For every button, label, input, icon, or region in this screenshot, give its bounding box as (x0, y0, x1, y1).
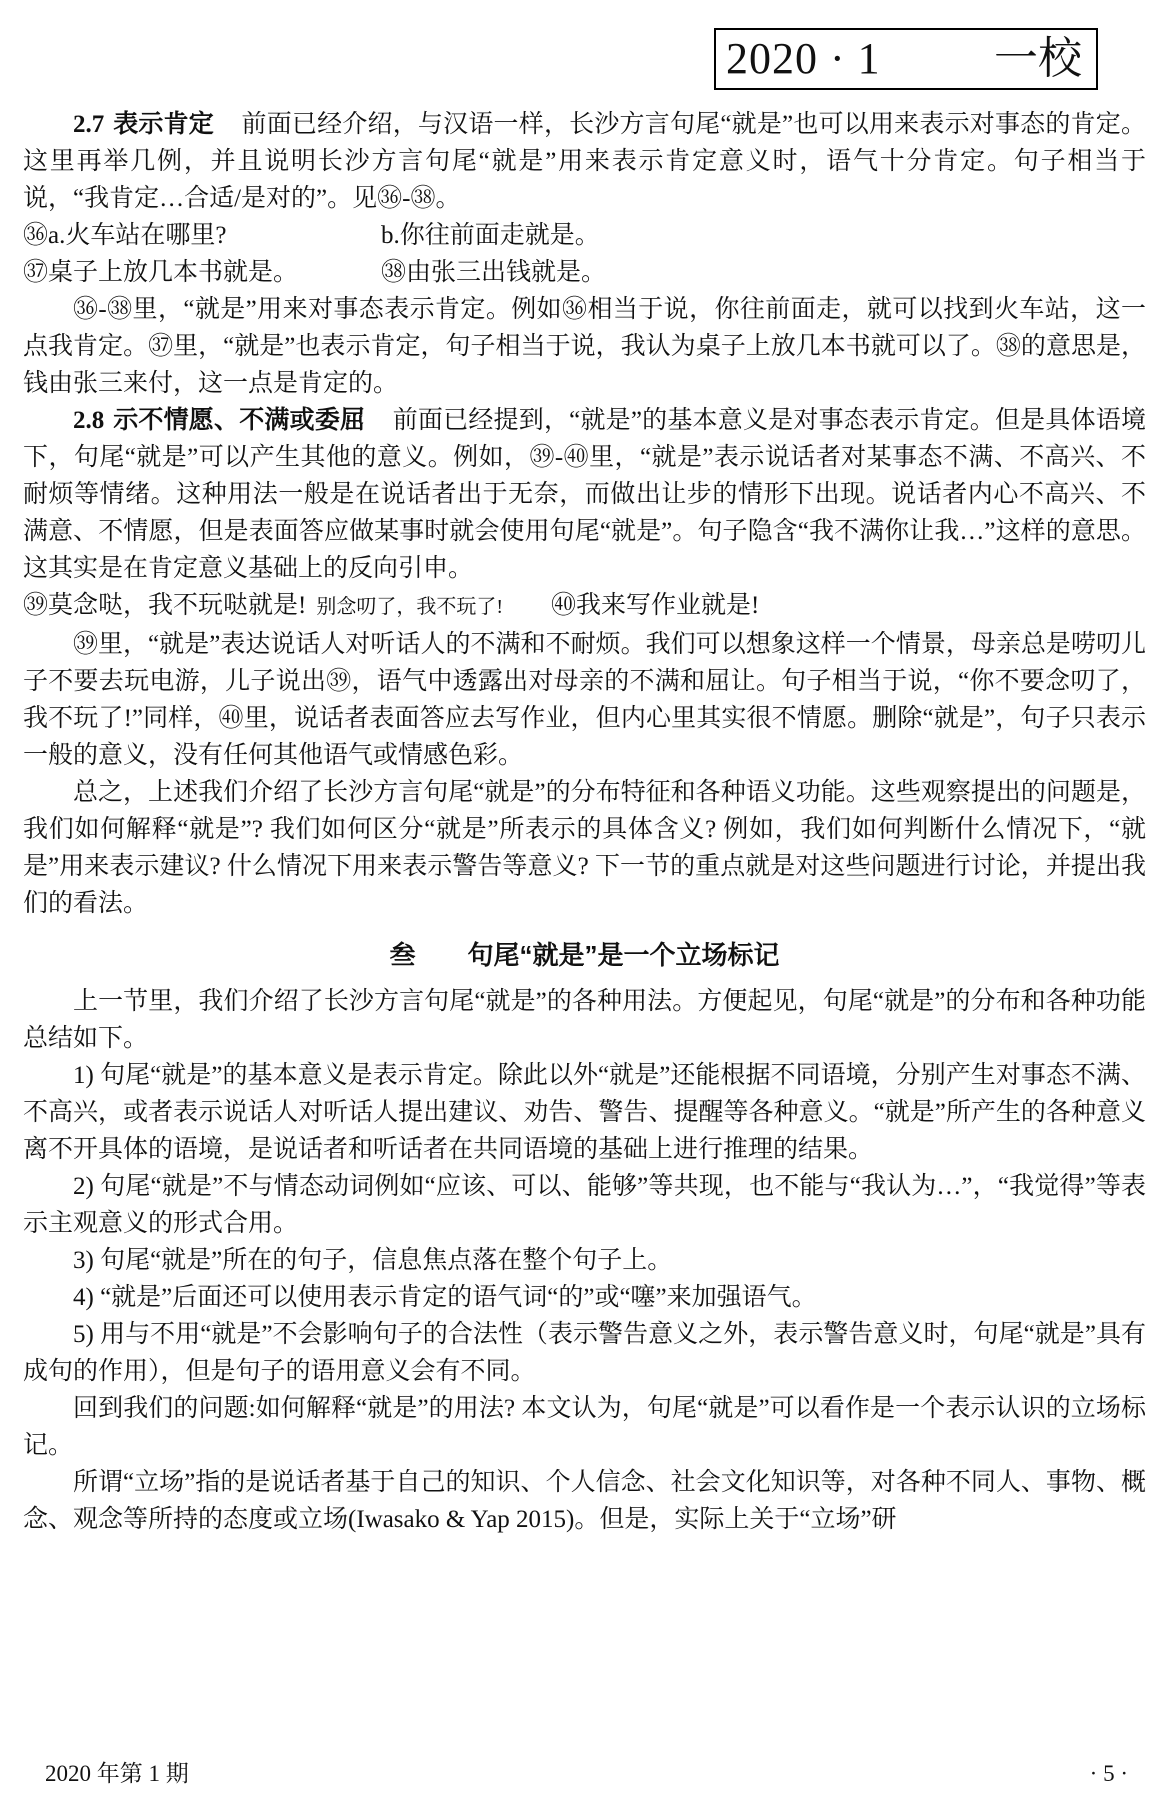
paragraph-discuss-39-40: ㊴里，“就是”表达说话人对听话人的不满和不耐烦。我们可以想象这样一个情景，母亲总… (23, 626, 1146, 774)
paragraph-2-8: 2.8示不情愿、不满或委屈前面已经提到，“就是”的基本意义是对事态表示肯定。但是… (23, 402, 1146, 587)
example-40: ㊵我来写作业就是! (551, 592, 759, 619)
paragraph-section2-summary: 总之，上述我们介绍了长沙方言句尾“就是”的分布特征和各种语义功能。这些观察提出的… (23, 774, 1146, 922)
example-row-36: ㊱a.火车站在哪里?b.你往前面走就是。 (23, 217, 1146, 254)
page-footer: 2020 年第 1 期 · 5 · (45, 1755, 1128, 1788)
list-item-1: 1) 句尾“就是”的基本意义是表示肯定。除此以外“就是”还能根据不同语境，分别产… (23, 1057, 1146, 1168)
example-36b: b.你往前面走就是。 (381, 222, 600, 249)
paragraph-stance-definition: 所谓“立场”指的是说话者基于自己的知识、个人信念、社会文化知识等，对各种不同人、… (23, 1464, 1146, 1538)
proof-stamp-box: 2020 · 1 一校 (714, 28, 1098, 90)
example-39-dialect: ㊴莫念哒，我不玩哒就是! (23, 592, 306, 619)
section-number-2-8: 2.8 (73, 407, 104, 434)
paragraph-discuss-36-38: ㊱-㊳里，“就是”用来对事态表示肯定。例如㊱相当于说，你往前面走，就可以找到火车… (23, 291, 1146, 402)
proof-stage-label: 一校 (994, 37, 1082, 81)
example-38: ㊳由张三出钱就是。 (381, 259, 606, 286)
paragraph-back-to-question: 回到我们的问题:如何解释“就是”的用法? 本文认为，句尾“就是”可以看作是一个表… (23, 1390, 1146, 1464)
example-36a: ㊱a.火车站在哪里? (23, 217, 381, 254)
example-row-39-40: ㊴莫念哒，我不玩哒就是!别念叨了，我不玩了!㊵我来写作业就是! (23, 587, 1146, 626)
section-3-title: 句尾“就是”是一个立场标记 (468, 940, 780, 970)
section-3-number: 叁 (389, 940, 415, 970)
list-item-4: 4) “就是”后面还可以使用表示肯定的语气词“的”或“噻”来加强语气。 (23, 1279, 1146, 1316)
example-39-gloss: 别念叨了，我不玩了! (316, 596, 503, 618)
paragraph-2-7: 2.7表示肯定前面已经介绍，与汉语一样，长沙方言句尾“就是”也可以用来表示对事态… (23, 106, 1146, 217)
page-number: · 5 · (1090, 1761, 1128, 1787)
list-item-5: 5) 用与不用“就是”不会影响句子的合法性（表示警告意义之外，表示警告意义时，句… (23, 1316, 1146, 1390)
section-number-2-7: 2.7 (73, 111, 104, 138)
footer-issue-label: 2020 年第 1 期 (45, 1755, 189, 1788)
list-item-3: 3) 句尾“就是”所在的句子，信息焦点落在整个句子上。 (23, 1242, 1146, 1279)
list-item-2: 2) 句尾“就是”不与情态动词例如“应该、可以、能够”等共现，也不能与“我认为…… (23, 1168, 1146, 1242)
example-39: ㊴莫念哒，我不玩哒就是!别念叨了，我不玩了! (23, 587, 551, 626)
section-3-heading: 叁句尾“就是”是一个立场标记 (23, 937, 1146, 974)
section-title-2-7: 表示肯定 (113, 111, 214, 138)
paragraph-section3-intro: 上一节里，我们介绍了长沙方言句尾“就是”的各种用法。方便起见，句尾“就是”的分布… (23, 983, 1146, 1057)
issue-number: 2020 · 1 (726, 37, 881, 81)
article-body: 2.7表示肯定前面已经介绍，与汉语一样，长沙方言句尾“就是”也可以用来表示对事态… (23, 106, 1146, 1538)
journal-page: 2020 · 1 一校 2.7表示肯定前面已经介绍，与汉语一样，长沙方言句尾“就… (0, 0, 1170, 1811)
example-row-37-38: ㊲桌子上放几本书就是。㊳由张三出钱就是。 (23, 254, 1146, 291)
example-37: ㊲桌子上放几本书就是。 (23, 254, 381, 291)
section-title-2-8: 示不情愿、不满或委屈 (113, 407, 365, 434)
